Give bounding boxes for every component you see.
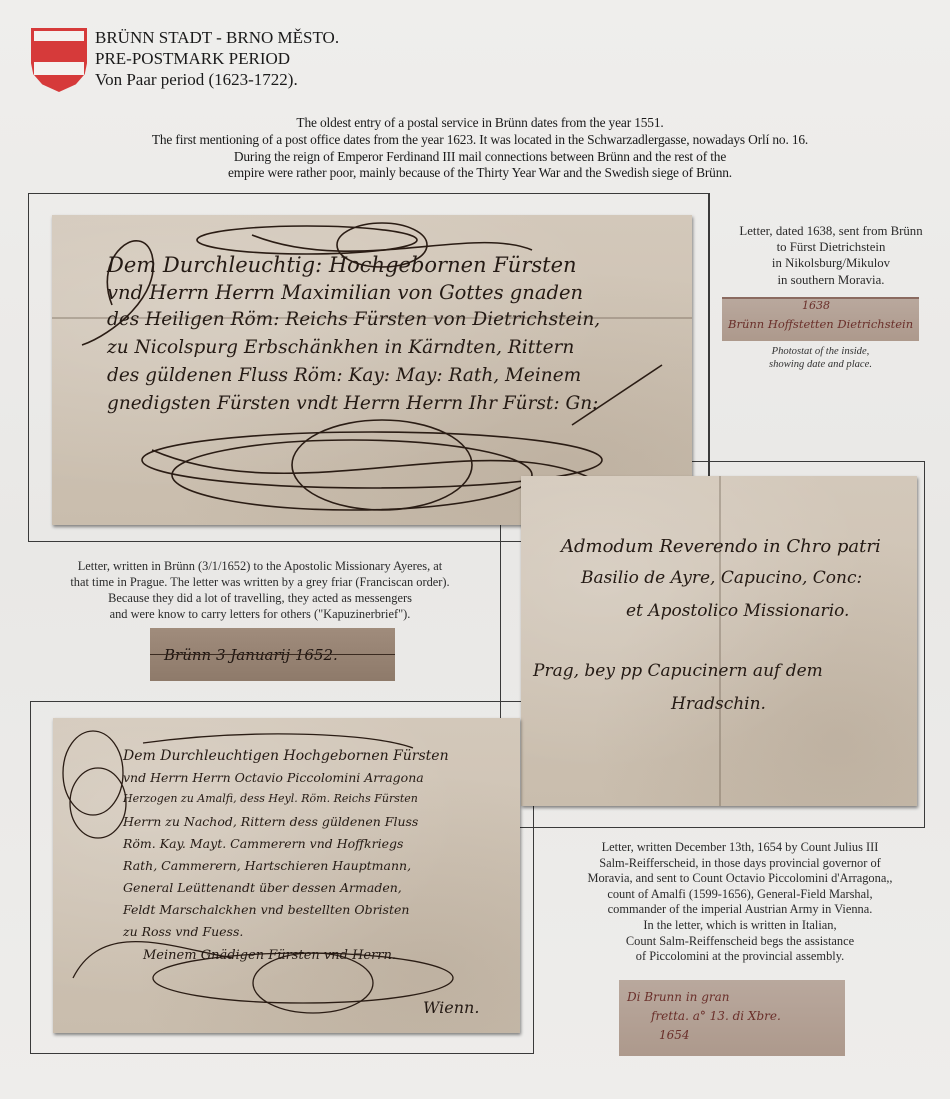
address-line: Röm. Kay. Mayt. Cammerern vnd Hoffkriegs bbox=[123, 836, 403, 851]
brno-shield-icon bbox=[31, 28, 87, 92]
shield-white-stripe bbox=[34, 31, 84, 41]
address-line: Herzogen zu Amalfi, dess Heyl. Röm. Reic… bbox=[123, 792, 418, 805]
address-line: Admodum Reverendo in Chro patri bbox=[561, 536, 881, 557]
address-line: Meinem Gnädigen Fürsten vnd Herrn. bbox=[143, 948, 396, 963]
photostat-1654: Di Brunn in gran fretta. a° 13. di Xbre.… bbox=[619, 980, 845, 1056]
letter-1652-image: Admodum Reverendo in Chro patri Basilio … bbox=[521, 476, 917, 806]
address-line: gnedigsten Fürsten vndt Herrn Herrn Ihr … bbox=[107, 393, 598, 414]
address-line: Dem Durchleuchtigen Hochgebornen Fürsten bbox=[123, 748, 449, 764]
intro-line: The oldest entry of a postal service in … bbox=[90, 115, 870, 132]
caption-letter-1652: Letter, written in Brünn (3/1/1652) to t… bbox=[20, 558, 500, 622]
title-line: Von Paar period (1623-1722). bbox=[95, 69, 339, 90]
letter-1654-image: Dem Durchleuchtigen Hochgebornen Fürsten… bbox=[53, 718, 520, 1033]
caption-letter-1638: Letter, dated 1638, sent from Brünn to F… bbox=[712, 223, 950, 288]
address-line: zu Nicolspurg Erbschänkhen in Kärndten, … bbox=[107, 337, 574, 358]
address-line: vnd Herrn Herrn Octavio Piccolomini Arra… bbox=[123, 770, 424, 785]
address-line: Hradschin. bbox=[671, 694, 766, 714]
caption-letter-1654: Letter, written December 13th, 1654 by C… bbox=[530, 840, 950, 965]
address-line: Feldt Marschalckhen vnd bestellten Obris… bbox=[123, 902, 409, 917]
address-line: des güldenen Fluss Röm: Kay: May: Rath, … bbox=[107, 365, 581, 386]
address-line: General Leüttenandt über dessen Armaden, bbox=[123, 880, 402, 895]
address-line: Dem Durchleuchtig: Hochgebornen Fürsten bbox=[107, 253, 577, 277]
intro-line: During the reign of Emperor Ferdinand II… bbox=[90, 149, 870, 166]
address-line: Herrn zu Nachod, Rittern dess güldenen F… bbox=[123, 814, 418, 829]
address-line: et Apostolico Missionario. bbox=[626, 601, 849, 621]
shield-white-stripe bbox=[34, 62, 84, 75]
title-line: PRE-POSTMARK PERIOD bbox=[95, 48, 339, 69]
photostat-1638: 1638 Brünn Hoffstetten Dietrichstein bbox=[722, 297, 919, 341]
title-line: BRÜNN STADT - BRNO MĚSTO. bbox=[95, 27, 339, 48]
page-title: BRÜNN STADT - BRNO MĚSTO. PRE-POSTMARK P… bbox=[95, 27, 339, 90]
address-line: Wienn. bbox=[423, 998, 479, 1017]
address-line: Basilio de Ayre, Capucino, Conc: bbox=[581, 568, 862, 588]
calligraphy-flourish bbox=[53, 718, 520, 1033]
intro-text: The oldest entry of a postal service in … bbox=[90, 115, 870, 182]
photostat-1652: Brünn 3 Januarij 1652. bbox=[150, 628, 395, 681]
address-line: zu Ross vnd Fuess. bbox=[123, 924, 243, 939]
address-line: Prag, bey pp Capucinern auf dem bbox=[533, 661, 823, 681]
intro-line: The first mentioning of a post office da… bbox=[90, 132, 870, 149]
intro-line: empire were rather poor, mainly because … bbox=[90, 165, 870, 182]
address-line: des Heiligen Röm: Reichs Fürsten von Die… bbox=[107, 309, 600, 330]
address-line: vnd Herrn Herrn Maximilian von Gottes gn… bbox=[107, 281, 583, 304]
photostat-caption-1638: Photostat of the inside, showing date an… bbox=[722, 345, 919, 371]
address-line: Rath, Cammerern, Hartschieren Hauptmann, bbox=[123, 858, 411, 873]
